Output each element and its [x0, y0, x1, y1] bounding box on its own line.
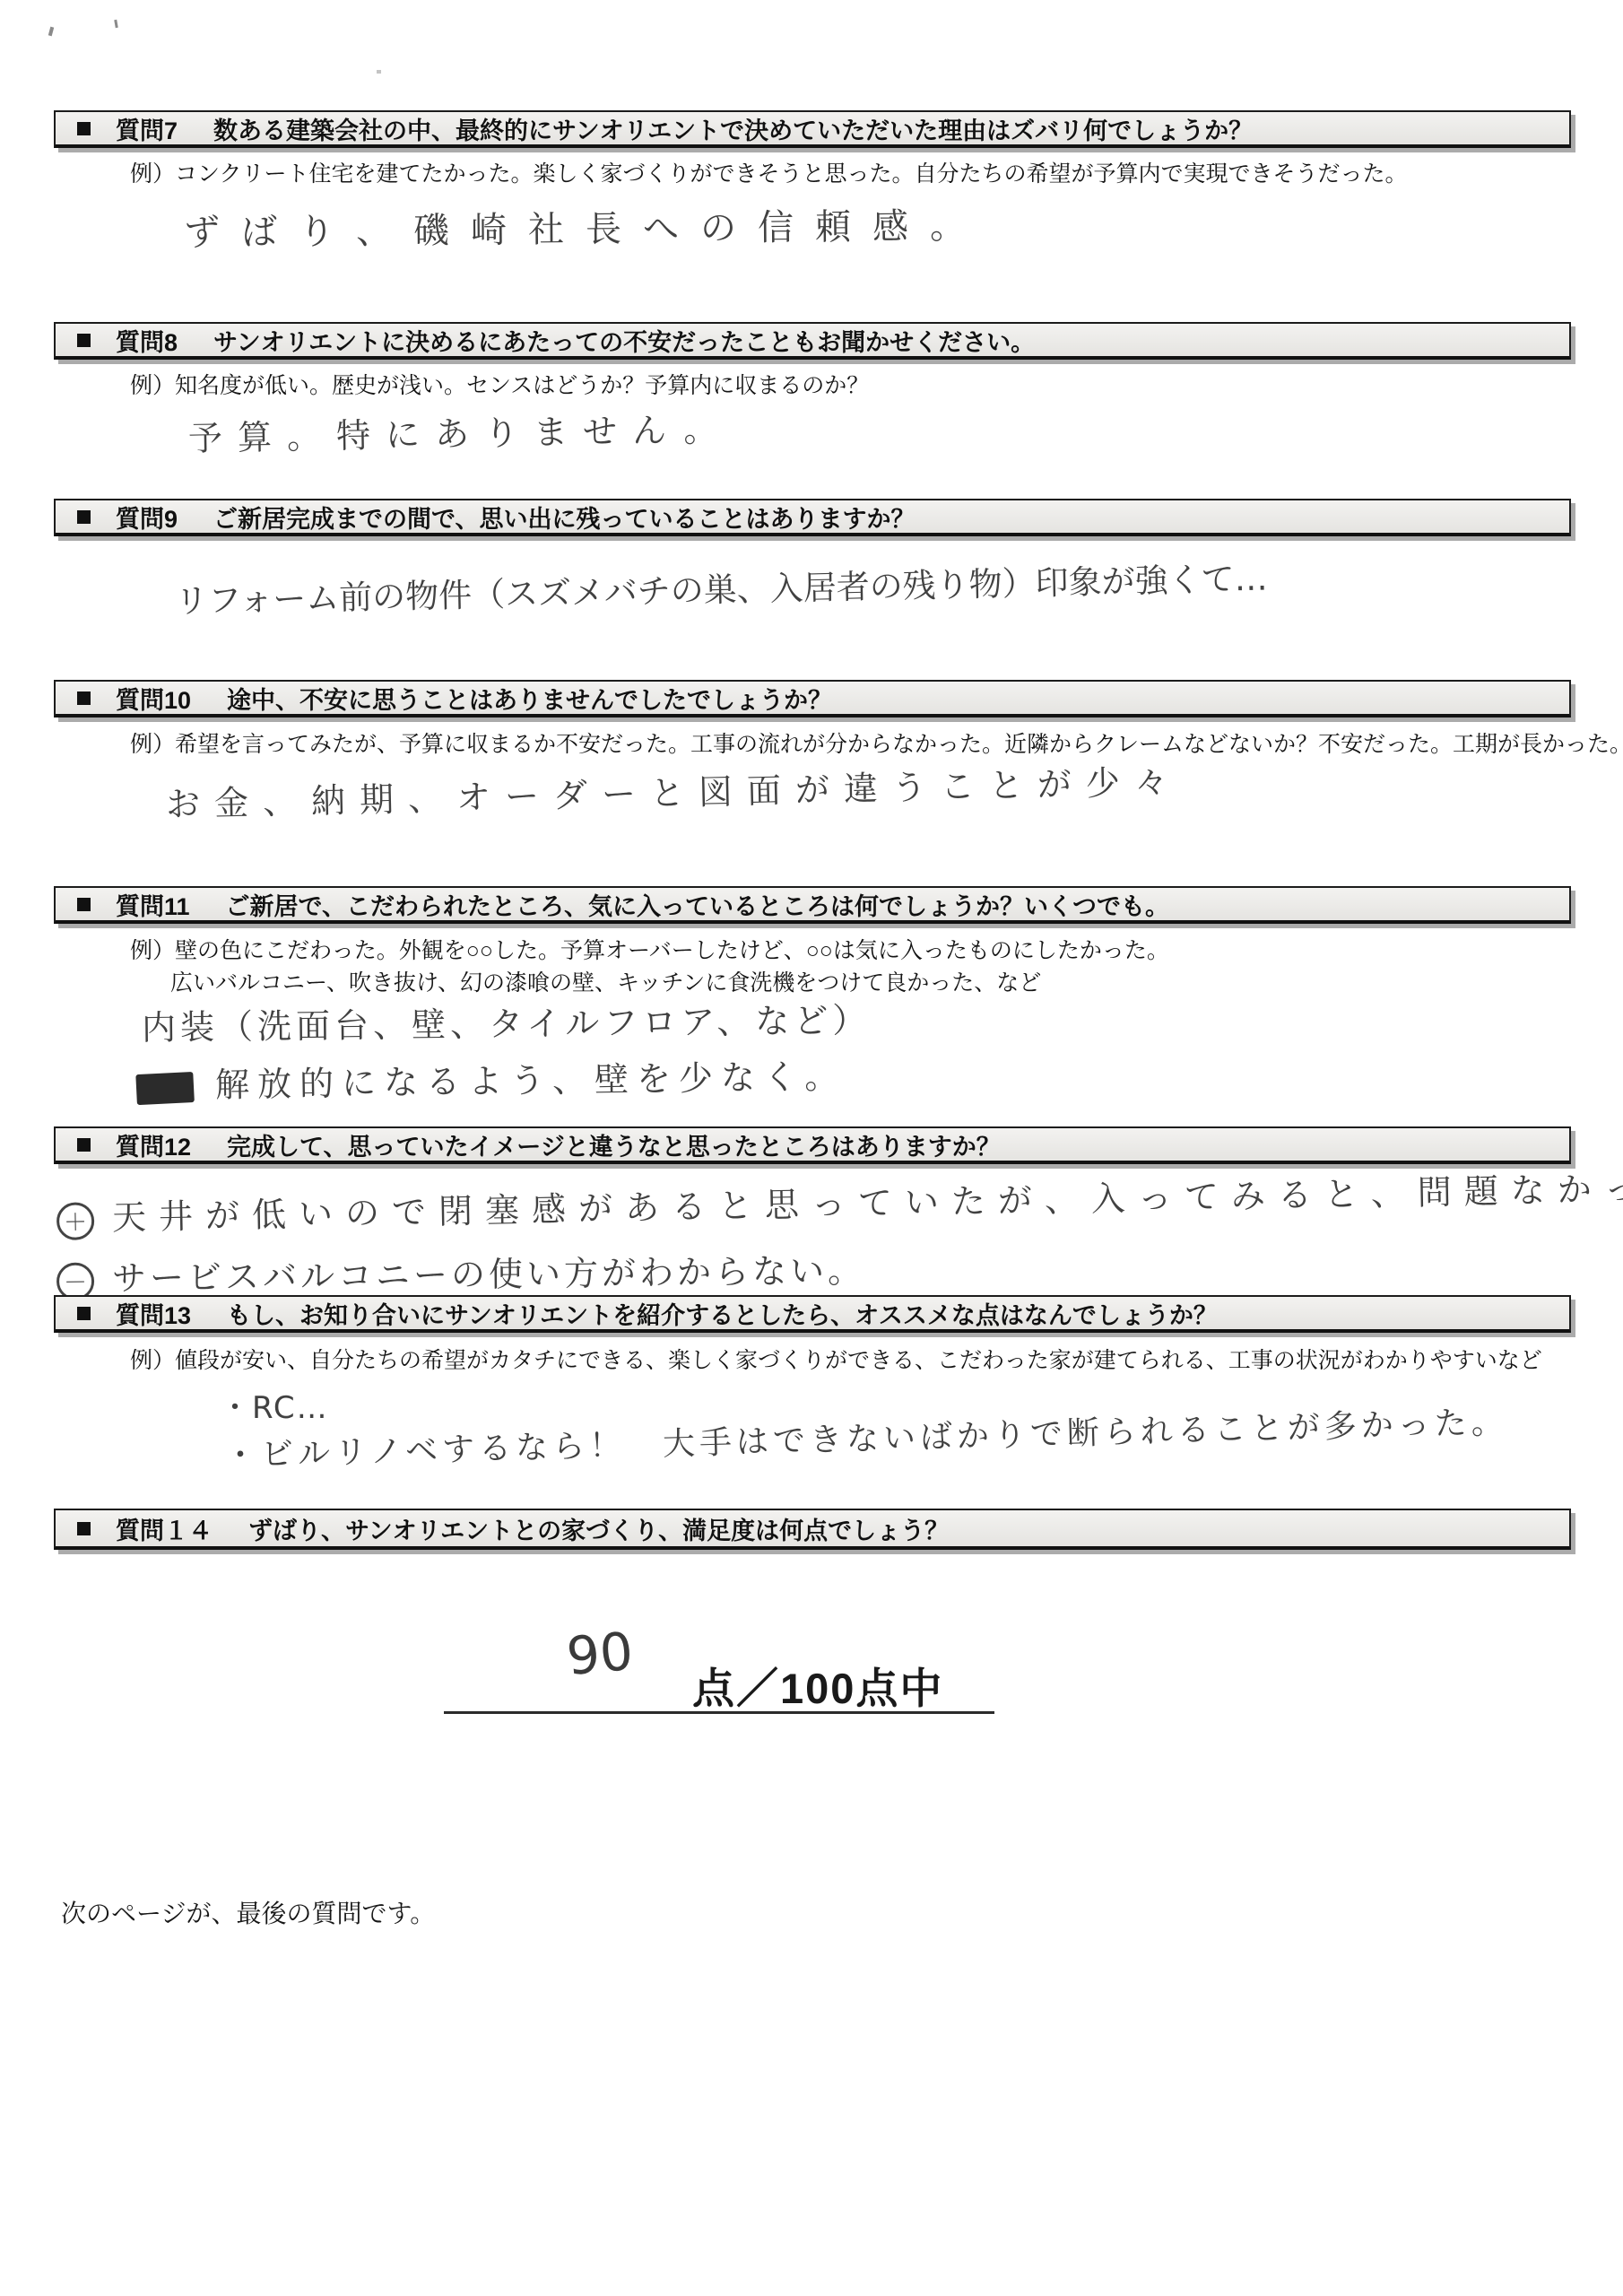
square-bullet-icon: [77, 1138, 91, 1152]
square-bullet-icon: [77, 898, 91, 911]
question8-handwritten-answer: 予算。特にありません。: [188, 401, 733, 460]
question12-answer-minus-text: サービスバルコニーの使い方がわからない。: [112, 1251, 865, 1299]
question11-label: 質問11: [116, 887, 190, 922]
question12-header: 質問12 完成して、思っていたイメージと違うなと思ったところはありますか？: [54, 1126, 1571, 1164]
question13-handwritten-answer-line2: ・ビルリノベするなら！ 大手はできないばかりで断られることが多かった。: [223, 1397, 1508, 1476]
question13-example: 例）値段が安い、自分たちの希望がカタチにできる、楽しく家づくりができる、こだわっ…: [130, 1343, 1542, 1375]
question12-label: 質問12: [116, 1127, 191, 1162]
square-bullet-icon: [77, 510, 91, 524]
question8-header: 質問8 サンオリエントに決めるにあたっての不安だったこともお聞かせください。: [54, 322, 1571, 360]
score-handwritten-value: 90: [564, 1621, 635, 1687]
crossed-out-scribble: [135, 1072, 195, 1105]
question7-example: 例）コンクリート住宅を建てたかった。楽しく家づくりができそうと思った。自分たちの…: [130, 156, 1408, 188]
question10-example: 例）希望を言ってみたが、予算に収まるか不安だった。工事の流れが分からなかった。近…: [130, 726, 1623, 759]
question14-header: 質問１４ ずばり、サンオリエントとの家づくり、満足度は何点でしょう？: [54, 1509, 1571, 1550]
question13-label: 質問13: [116, 1296, 191, 1331]
question11-answer-line2-text: 解放的になるよう、壁を少なく。: [215, 1057, 847, 1105]
question12-title: 完成して、思っていたイメージと違うなと思ったところはありますか？: [227, 1127, 1001, 1162]
question7-handwritten-answer: ずばり、磯崎社長への信頼感。: [184, 197, 987, 256]
square-bullet-icon: [77, 1522, 91, 1535]
question13-title: もし、お知り合いにサンオリエントを紹介するとしたら、オススメな点はなんでしょうか…: [227, 1296, 1218, 1331]
question8-title: サンオリエントに決めるにあたっての不安だったこともお聞かせください。: [213, 323, 1035, 358]
question12-answer-plus-text: 天井が低いので閉塞感があると思っていたが、入ってみると、問題なかった。: [112, 1167, 1623, 1238]
question14-title: ずばり、サンオリエントとの家づくり、満足度は何点でしょう？: [248, 1511, 949, 1546]
question9-label: 質問9: [116, 500, 178, 535]
question13-header: 質問13 もし、お知り合いにサンオリエントを紹介するとしたら、オススメな点はなん…: [54, 1295, 1571, 1333]
square-bullet-icon: [77, 1307, 91, 1320]
score-suffix-label: 点／100点中: [692, 1656, 943, 1716]
question11-handwritten-answer-line2: 解放的になるよう、壁を少なく。: [136, 1048, 847, 1108]
question10-header: 質問10 途中、不安に思うことはありませんでしたでしょうか？: [54, 680, 1571, 717]
question10-title: 途中、不安に思うことはありませんでしたでしょうか？: [227, 681, 832, 716]
square-bullet-icon: [77, 334, 91, 347]
question9-handwritten-answer: リフォーム前の物件（スズメバチの巣、入居者の残り物）印象が強くて…: [174, 551, 1268, 622]
question7-header: 質問7 数ある建築会社の中、最終的にサンオリエントで決めていただいた理由はズバリ…: [54, 110, 1571, 148]
question11-example-line2: 広いバルコニー、吹き抜け、幻の漆喰の壁、キッチンに食洗機をつけて良かった、など: [170, 965, 1041, 997]
question11-title: ご新居で、こだわられたところ、気に入っているところは何でしょうか？いくつでも。: [226, 887, 1169, 922]
question8-label: 質問8: [116, 323, 178, 358]
question12-handwritten-answer-plus: ＋天井が低いので閉塞感があると思っていたが、入ってみると、問題なかった。: [56, 1159, 1623, 1240]
question8-example: 例）知名度が低い。歴史が浅い。センスはどうか？予算内に収まるのか？: [130, 368, 869, 400]
question9-title: ご新居完成までの間で、思い出に残っていることはありますか？: [213, 500, 915, 535]
question11-header: 質問11 ご新居で、こだわられたところ、気に入っているところは何でしょうか？いく…: [54, 886, 1571, 924]
question7-label: 質問7: [116, 111, 178, 146]
question7-title: 数ある建築会社の中、最終的にサンオリエントで決めていただいた理由はズバリ何でしょ…: [213, 111, 1253, 146]
scan-speck: [114, 20, 118, 28]
scanned-questionnaire-page: 質問7 数ある建築会社の中、最終的にサンオリエントで決めていただいた理由はズバリ…: [0, 0, 1623, 2296]
question11-example-line1: 例）壁の色にこだわった。外観を○○した。予算オーバーしたけど、○○は気に入ったも…: [130, 933, 1169, 965]
footer-note: 次のページが、最後の質問です。: [61, 1894, 435, 1930]
square-bullet-icon: [77, 122, 91, 135]
question12-handwritten-answer-minus: －サービスバルコニーの使い方がわからない。: [56, 1243, 866, 1300]
question13-handwritten-answer-line1: ・RC…: [220, 1383, 329, 1427]
question9-header: 質問9 ご新居完成までの間で、思い出に残っていることはありますか？: [54, 499, 1571, 536]
question14-label: 質問１４: [116, 1511, 213, 1546]
question10-label: 質問10: [116, 681, 191, 716]
square-bullet-icon: [77, 691, 91, 705]
question11-handwritten-answer-line1: 内装（洗面台、壁、タイルフロア、など）: [142, 992, 872, 1049]
question10-handwritten-answer: お金、納期、オーダーと図面が違うことが少々: [165, 753, 1183, 826]
circled-plus-icon: ＋: [56, 1202, 95, 1240]
scan-speck: [48, 27, 54, 37]
scan-speck: [377, 70, 381, 74]
